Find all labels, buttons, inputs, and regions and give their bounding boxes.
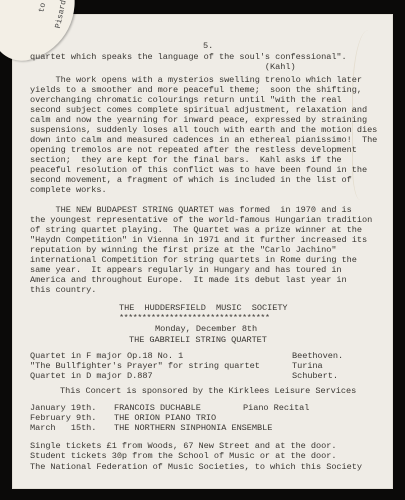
text-line: complete works. — [30, 185, 107, 195]
upcoming-date: March 15th. — [30, 423, 96, 433]
page-number: 5. — [203, 41, 213, 51]
sponsor-line: This Concert is sponsored by the Kirklee… — [60, 386, 356, 396]
intro-line: quartet which speaks the language of the… — [30, 52, 347, 62]
programme-composer: Turina — [292, 361, 323, 371]
text-line: America and throughout Europe. It made i… — [30, 275, 347, 285]
text-line: down into calm and measured cadences in … — [30, 135, 377, 145]
text-line: same year. It appears regularly in Hunga… — [30, 265, 342, 275]
upcoming-date: February 9th. — [30, 413, 96, 423]
programme-work: Quartet in F major Op.18 No. 1 — [30, 351, 183, 361]
text-line: The work opens with a mysterios swelling… — [30, 75, 362, 85]
text-line: suspensions, suddenly loses all touch wi… — [30, 125, 377, 135]
text-line: second movement, a fragment of which is … — [30, 175, 352, 185]
ticket-line: Single tickets £1 from Woods, 67 New Str… — [30, 441, 336, 451]
text-line: of string quartet playing. The Quartet w… — [30, 225, 362, 235]
ticket-line: Student tickets 30p from the School of M… — [30, 451, 336, 461]
fragment-text: to — [37, 2, 48, 13]
upcoming-event: FRANCOIS DUCHABLE — [114, 403, 201, 413]
text-line: "Haydn Competition" in Vienna in 1971 an… — [30, 235, 367, 245]
ensemble-name: THE GABRIELI STRING QUARTET — [129, 335, 267, 345]
programme-work: "The Bullfighter's Prayer" for string qu… — [30, 361, 260, 371]
text-line: section; they are kept for the final bar… — [30, 155, 342, 165]
upcoming-date: January 19th. — [30, 403, 96, 413]
upcoming-event: THE ORION PIANO TRIO — [114, 413, 216, 423]
programme-composer: Schubert. — [292, 371, 338, 381]
text-line: calm and now the yearning for inward pea… — [30, 115, 367, 125]
text-line: the youngest representative of the world… — [30, 215, 372, 225]
ticket-line: The National Federation of Music Societi… — [30, 462, 362, 472]
text-line: reputation by winning the first prize at… — [30, 245, 336, 255]
programme-composer: Beethoven. — [292, 351, 343, 361]
text-line: this country. — [30, 285, 96, 295]
intro-attribution: (Kahl) — [30, 62, 296, 72]
upcoming-event: THE NORTHERN SINPHONIA ENSEMBLE — [114, 423, 272, 433]
text-line: yields to a smoother and more peaceful t… — [30, 85, 362, 95]
text-line: opening tremolos are not repeated after … — [30, 145, 357, 155]
text-line: second subject comes complete spiritual … — [30, 105, 367, 115]
star-divider: ********************************* — [119, 313, 269, 323]
text-line: overchanging chromatic colourings return… — [30, 95, 342, 105]
text-line: THE NEW BUDAPEST STRING QUARTET was form… — [30, 205, 352, 215]
text-line: international Competition for string qua… — [30, 255, 357, 265]
concert-date: Monday, December 8th — [155, 324, 257, 334]
programme-work: Quartet in D major D.887 — [30, 371, 153, 381]
fragment-text: Pisard — [54, 0, 69, 29]
upcoming-note: Piano Recital — [243, 403, 309, 413]
society-title: THE HUDDERSFIELD MUSIC SOCIETY — [119, 303, 288, 313]
text-line: peaceful resolution of this conflict was… — [30, 165, 367, 175]
